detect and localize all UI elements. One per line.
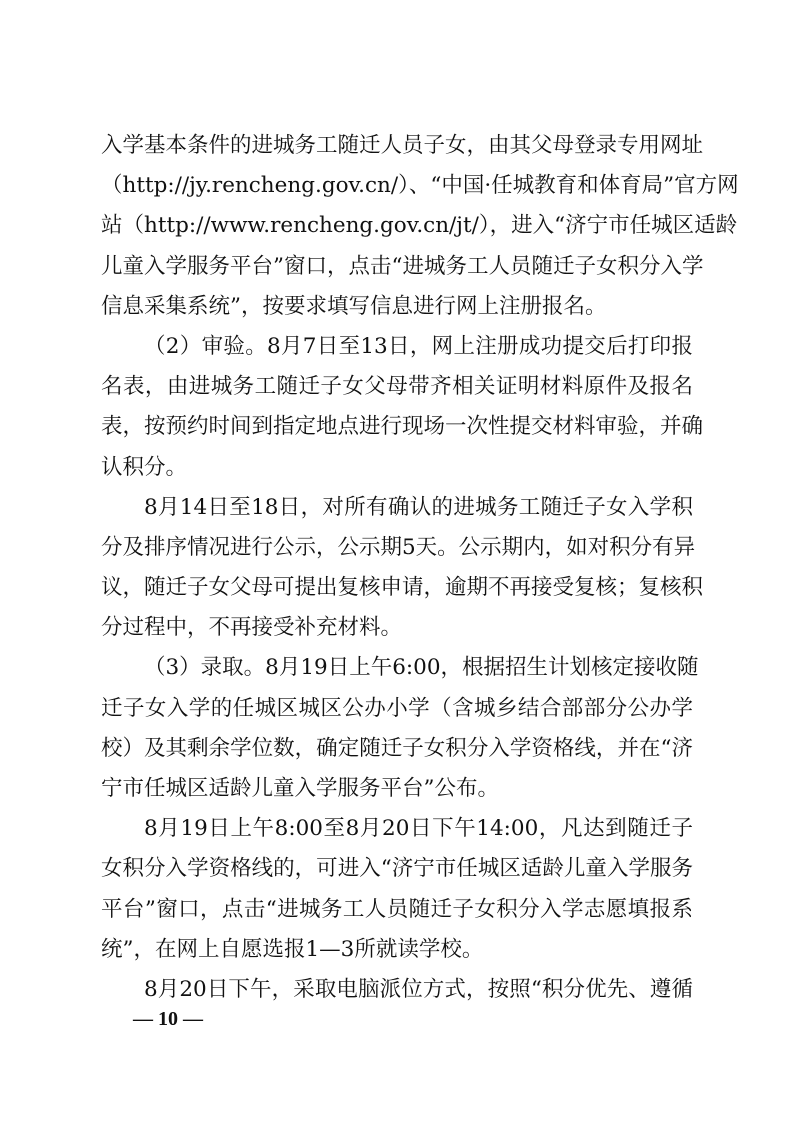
body-text: 入学基本条件的进城务工随迁人员子女，由其父母登录专用网址 （http://jy.…: [101, 126, 693, 1010]
text-line-16: 校）及其剩余学位数，确定随迁子女积分入学资格线，并在“济: [101, 729, 693, 769]
page-number: — 10 —: [133, 1008, 203, 1031]
text-line-8: 表，按预约时间到指定地点进行现场一次性提交材料审验，并确: [101, 407, 693, 447]
text-line-11: 分及排序情况进行公示，公示期5天。公示期内，如对积分有异: [101, 528, 693, 568]
text-line-14: （3）录取。8月19日上午6:00，根据招生计划核定接收随: [101, 648, 693, 688]
text-line-4: 儿童入学服务平台”窗口，点击“进城务工人员随迁子女积分入学: [101, 247, 693, 287]
text-line-12: 议，随迁子女父母可提出复核申请，逾期不再接受复核；复核积: [101, 568, 693, 608]
text-line-22: 8月20日下午，采取电脑派位方式，按照“积分优先、遵循: [101, 970, 693, 1010]
text-line-13: 分过程中，不再接受补充材料。: [101, 608, 693, 648]
text-line-7: 名表，由进城务工随迁子女父母带齐相关证明材料原件及报名: [101, 367, 693, 407]
text-line-3: 站（http://www.rencheng.gov.cn/jt/），进入“济宁市…: [101, 206, 693, 246]
text-line-20: 平台”窗口，点击“进城务工人员随迁子女积分入学志愿填报系: [101, 890, 693, 930]
document-page: 入学基本条件的进城务工随迁人员子女，由其父母登录专用网址 （http://jy.…: [0, 0, 794, 1123]
text-line-5: 信息采集系统”，按要求填写信息进行网上注册报名。: [101, 287, 693, 327]
text-line-6: （2）审验。8月7日至13日，网上注册成功提交后打印报: [101, 327, 693, 367]
text-line-19: 女积分入学资格线的，可进入“济宁市任城区适龄儿童入学服务: [101, 849, 693, 889]
text-line-15: 迁子女入学的任城区城区公办小学（含城乡结合部部分公办学: [101, 689, 693, 729]
text-line-1: 入学基本条件的进城务工随迁人员子女，由其父母登录专用网址: [101, 126, 693, 166]
text-line-9: 认积分。: [101, 448, 693, 488]
text-line-17: 宁市任城区适龄儿童入学服务平台”公布。: [101, 769, 693, 809]
text-line-18: 8月19日上午8:00至8月20日下午14:00，凡达到随迁子: [101, 809, 693, 849]
text-line-10: 8月14日至18日，对所有确认的进城务工随迁子女入学积: [101, 488, 693, 528]
text-line-2: （http://jy.rencheng.gov.cn/）、“中国·任城教育和体育…: [101, 166, 693, 206]
text-line-21: 统”，在网上自愿选报1—3所就读学校。: [101, 930, 693, 970]
